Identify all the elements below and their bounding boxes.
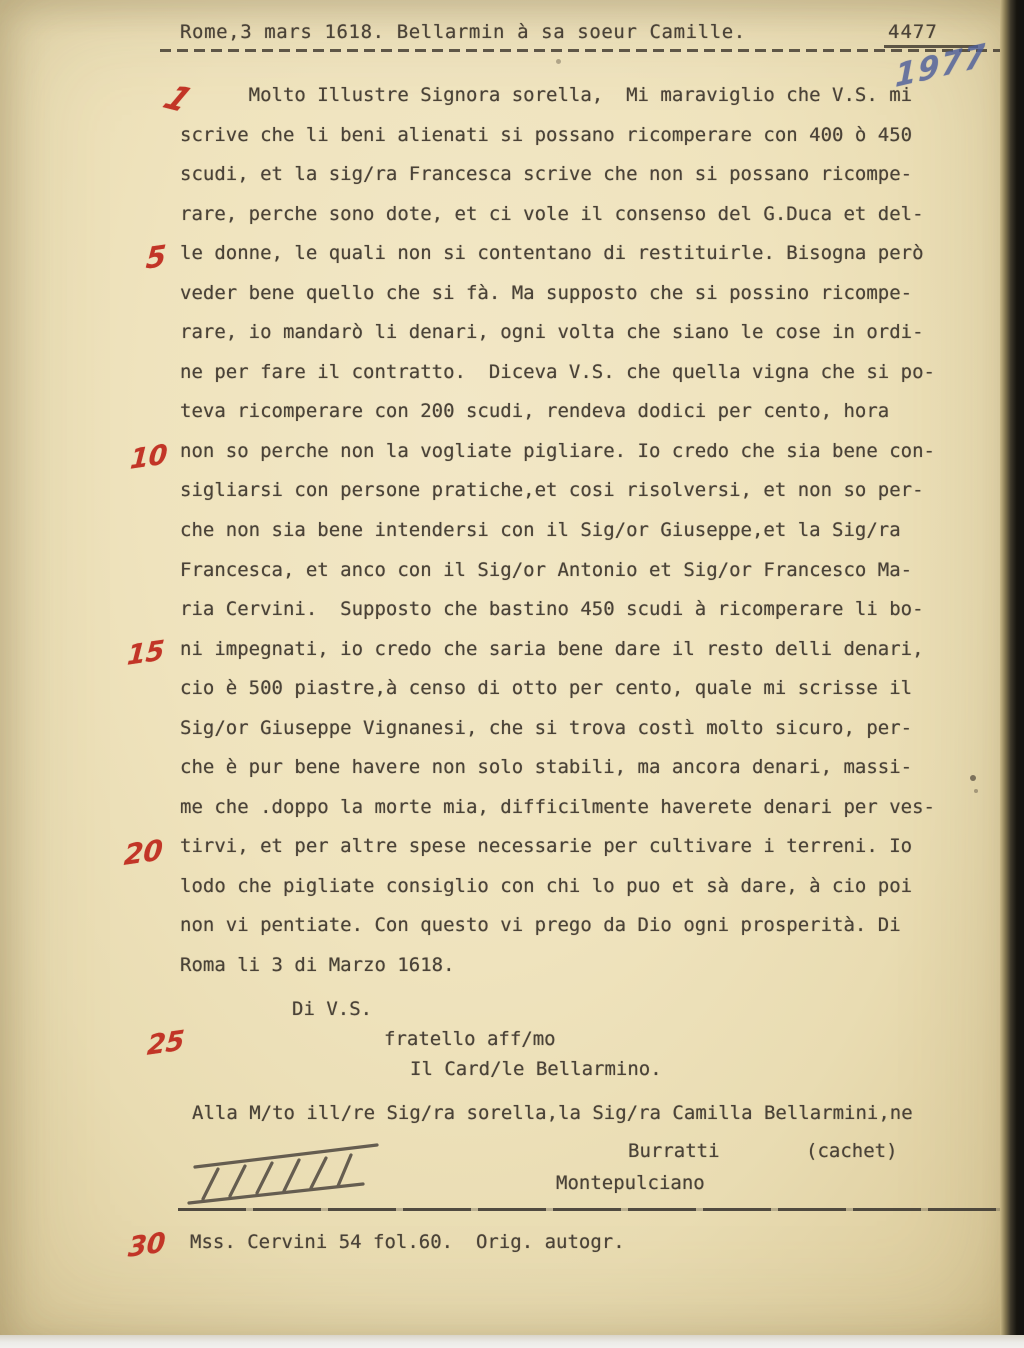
letter-line: sigliarsi con persone pratiche,et cosi r… bbox=[180, 471, 935, 511]
signature-name: Il Card/le Bellarmino. bbox=[410, 1058, 662, 1080]
letter-line: tirvi, et per altre spese necessarie per… bbox=[180, 827, 935, 867]
letter-line: rare, io mandarò li denari, ogni volta c… bbox=[180, 313, 935, 353]
margin-line-number: 5 bbox=[145, 238, 167, 275]
letter-line: ne per fare il contratto. Diceva V.S. ch… bbox=[180, 353, 935, 393]
scan-right-edge-shadow bbox=[1000, 0, 1024, 1337]
scanned-letter-page: Rome,3 mars 1618. Bellarmin à sa soeur C… bbox=[0, 0, 1024, 1348]
address-line-city: Montepulciano bbox=[556, 1172, 705, 1194]
cachet-note: (cachet) bbox=[806, 1140, 898, 1162]
letter-line: ni impegnati, io credo che saria bene da… bbox=[180, 630, 935, 670]
letter-line: rare, perche sono dote, et ci vole il co… bbox=[180, 195, 935, 235]
ink-speck bbox=[974, 789, 978, 793]
signature-relation: fratello aff/mo bbox=[384, 1028, 556, 1050]
margin-line-number: 10 bbox=[129, 439, 168, 476]
hatch-mark-drawing bbox=[183, 1140, 395, 1210]
letter-body: Molto Illustre Signora sorella, Mi marav… bbox=[180, 76, 935, 986]
letter-line: che non sia bene intendersi con il Sig/o… bbox=[180, 511, 935, 551]
ink-speck bbox=[556, 59, 561, 64]
letter-line: che è pur bene havere non solo stabili, … bbox=[180, 748, 935, 788]
ink-speck bbox=[970, 775, 976, 781]
footer-rule bbox=[178, 1208, 1006, 1211]
page-number: 4477 bbox=[888, 21, 938, 43]
margin-line-number: 15 bbox=[126, 635, 165, 672]
letter-line: Sig/or Giuseppe Vignanesi, che si trova … bbox=[180, 709, 935, 749]
letter-line: veder bene quello che si fà. Ma supposto… bbox=[180, 274, 935, 314]
header-dashed-rule bbox=[160, 49, 1008, 52]
scan-bottom-backdrop bbox=[0, 1335, 1024, 1348]
letter-line: le donne, le quali non si contentano di … bbox=[180, 234, 935, 274]
letter-line: ria Cervini. Supposto che bastino 450 sc… bbox=[180, 590, 935, 630]
letter-line: non vi pentiate. Con questo vi prego da … bbox=[180, 906, 935, 946]
letter-line: Francesca, et anco con il Sig/or Antonio… bbox=[180, 551, 935, 591]
margin-line-number: 20 bbox=[123, 833, 164, 872]
address-line-recipient: Alla M/to ill/re Sig/ra sorella,la Sig/r… bbox=[192, 1102, 913, 1124]
signature-salutation: Di V.S. bbox=[292, 998, 372, 1020]
address-line-family: Burratti bbox=[628, 1140, 720, 1162]
letter-line: Roma li 3 di Marzo 1618. bbox=[180, 946, 935, 986]
letter-line: me che .doppo la morte mia, difficilment… bbox=[180, 788, 935, 828]
letter-line: scrive che li beni alienati si possano r… bbox=[180, 116, 935, 156]
margin-line-number: 25 bbox=[146, 1025, 185, 1062]
letter-line: non so perche non la vogliate pigliare. … bbox=[180, 432, 935, 472]
header-title: Rome,3 mars 1618. Bellarmin à sa soeur C… bbox=[180, 21, 746, 43]
letter-line: scudi, et la sig/ra Francesca scrive che… bbox=[180, 155, 935, 195]
letter-line: Molto Illustre Signora sorella, Mi marav… bbox=[180, 76, 935, 116]
letter-line: teva ricomperare con 200 scudi, rendeva … bbox=[180, 392, 935, 432]
source-note: Mss. Cervini 54 fol.60. Orig. autogr. bbox=[190, 1231, 625, 1253]
margin-line-number: 30 bbox=[127, 1227, 166, 1264]
letter-line: lodo che pigliate consiglio con chi lo p… bbox=[180, 867, 935, 907]
letter-line: cio è 500 piastre,à censo di otto per ce… bbox=[180, 669, 935, 709]
paper-sheet: Rome,3 mars 1618. Bellarmin à sa soeur C… bbox=[0, 0, 1008, 1336]
